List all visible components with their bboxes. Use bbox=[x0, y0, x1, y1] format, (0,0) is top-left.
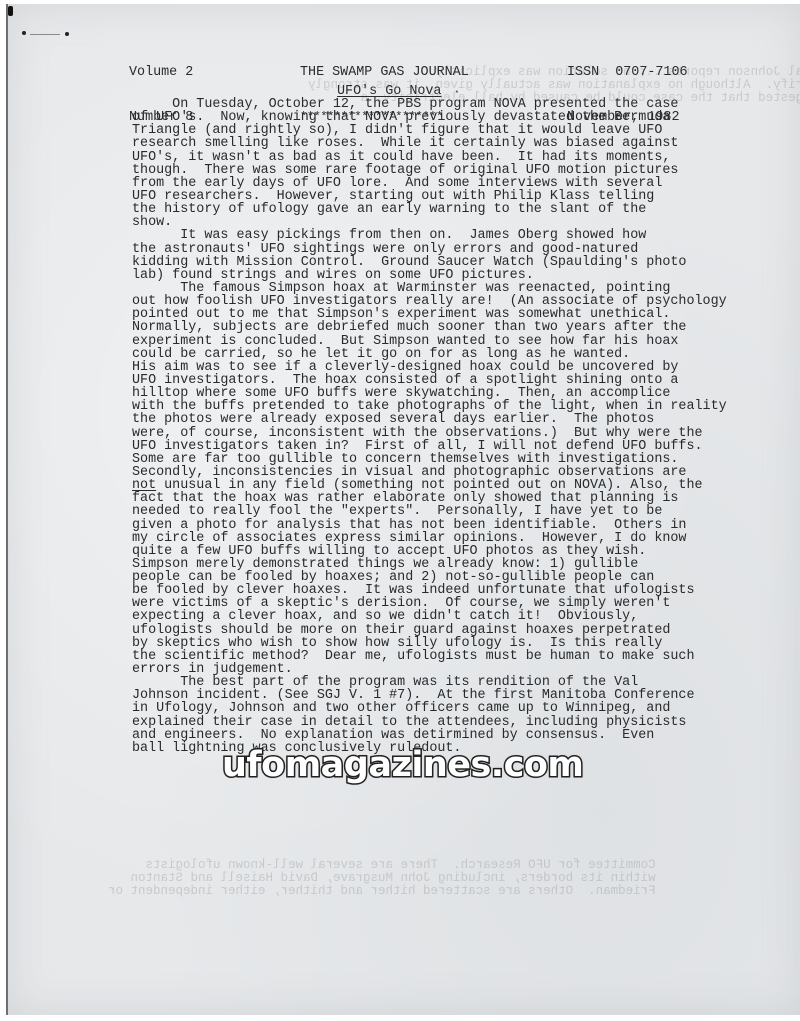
text-line: given a photo for analysis that has not … bbox=[132, 519, 732, 532]
watermark: ufomagazines.com bbox=[222, 745, 583, 785]
text-line: UFO's, it wasn't as bad as it could have… bbox=[132, 151, 732, 164]
volume-label: Volume 2 bbox=[129, 65, 193, 80]
text-line: in Ufology, Johnson and two other office… bbox=[132, 702, 732, 715]
text-line: It was easy pickings from then on. James… bbox=[132, 229, 732, 242]
text-line: kidding with Mission Control. Ground Sau… bbox=[132, 256, 732, 269]
text-line: expecting a clever hoax, and so we didn'… bbox=[132, 610, 732, 623]
bleed-through-text-bottom: Committee for UFO Research. There are se… bbox=[108, 859, 656, 898]
text-line: explained their case in detail to the at… bbox=[132, 716, 732, 729]
text-line: His aim was to see if a cleverly-designe… bbox=[132, 361, 732, 374]
text-line: Some are far too gullible to concern the… bbox=[132, 453, 732, 466]
corner-staple-mark bbox=[8, 6, 78, 36]
text-line: the photos were already exposed several … bbox=[132, 413, 732, 426]
text-line: needed to really fool the "experts". Per… bbox=[132, 505, 732, 518]
page-bottom-margin bbox=[6, 1015, 800, 1021]
text-line: and engineers. No explanation was detirm… bbox=[132, 729, 732, 742]
text-line: quite a few UFO buffs willing to accept … bbox=[132, 545, 732, 558]
text-line: though. There was some rare footage of o… bbox=[132, 164, 732, 177]
text-line: were, of course, inconsistent with the o… bbox=[132, 427, 732, 440]
text-line: Normally, subjects are debriefed much so… bbox=[132, 321, 732, 334]
text-line: could be carried, so he let it go on for… bbox=[132, 348, 732, 361]
text-line: from the early days of UFO lore. And som… bbox=[132, 177, 732, 190]
article-body: On Tuesday, October 12, the PBS program … bbox=[132, 98, 732, 755]
text-line: experiment is concluded. But Simpson wan… bbox=[132, 335, 732, 348]
text-line: ufologists should be more on their guard… bbox=[132, 624, 732, 637]
text-line: my circle of associates express similar … bbox=[132, 532, 732, 545]
ink-dot bbox=[22, 31, 26, 35]
text-line: by skeptics who wish to show how silly u… bbox=[132, 637, 732, 650]
text-line: the astronauts' UFO sightings were only … bbox=[132, 243, 732, 256]
ink-dot bbox=[65, 32, 69, 36]
journal-title: THE SWAMP GAS JOURNAL bbox=[300, 65, 469, 80]
ink-dash bbox=[30, 34, 60, 35]
text-line: research smelling like roses. While it c… bbox=[132, 137, 732, 150]
ink-blot bbox=[8, 6, 13, 16]
text-line: lab) found strings and wires on some UFO… bbox=[132, 269, 732, 282]
text-line: UFO investigators taken in? First of all… bbox=[132, 440, 732, 453]
issn-label: ISSN 0707-7106 bbox=[567, 65, 688, 80]
text-line: the history of ufology gave an early war… bbox=[132, 203, 732, 216]
